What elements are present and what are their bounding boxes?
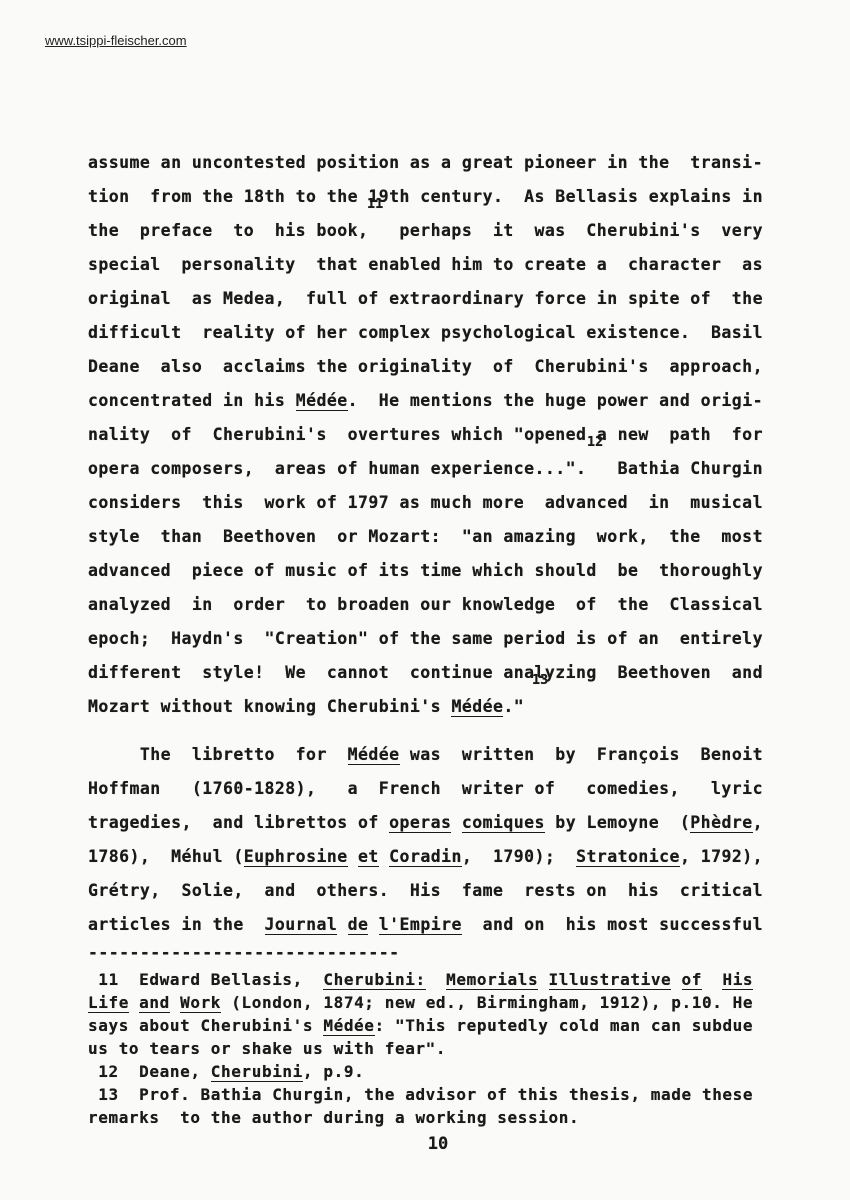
body-text: assume an uncontested position as a grea… <box>88 146 788 942</box>
text-line: Grétry, Solie, and others. His fame rest… <box>88 874 788 908</box>
underlined-title: Work <box>180 993 221 1013</box>
text-segment: : "This reputedly cold man can subdue <box>375 1016 754 1035</box>
website-link[interactable]: www.tsippi-fleischer.com <box>45 33 187 48</box>
text-line: advanced piece of music of its time whic… <box>88 554 788 588</box>
text-segment <box>348 847 358 866</box>
underlined-title: Médée <box>348 745 400 765</box>
text-segment: The libretto for <box>88 745 348 764</box>
text-line: us to tears or shake us with fear". <box>88 1037 788 1060</box>
text-segment: , 1790); <box>462 847 576 866</box>
text-line: different style! We cannot continue anal… <box>88 656 788 690</box>
text-segment: remarks to the author during a working s… <box>88 1108 579 1127</box>
text-segment: original as Medea, full of extraordinary… <box>88 289 763 308</box>
text-segment <box>538 970 548 989</box>
text-segment: and on his most successful <box>462 915 763 934</box>
underlined-title: Coradin <box>389 847 462 867</box>
text-line: assume an uncontested position as a grea… <box>88 146 788 180</box>
text-segment: the preface to his book, perhaps it was … <box>88 221 763 240</box>
page-content: assume an uncontested position as a grea… <box>88 146 788 1154</box>
text-line: analyzed in order to broaden our knowled… <box>88 588 788 622</box>
text-line: says about Cherubini's Médée: "This repu… <box>88 1014 788 1037</box>
text-segment: , p.9. <box>303 1062 364 1081</box>
footnote-ref-number: 12 <box>587 436 603 449</box>
text-segment: Deane also acclaims the originality of C… <box>88 357 763 376</box>
text-segment: . He mentions the huge power and origi- <box>348 391 763 410</box>
text-segment: 11 Edward Bellasis, <box>88 970 323 989</box>
underlined-title: de <box>348 915 369 935</box>
text-segment <box>170 993 180 1012</box>
footnotes: 11 Edward Bellasis, Cherubini: Memorials… <box>88 968 788 1129</box>
text-line: concentrated in his Médée. He mentions t… <box>88 384 788 418</box>
document-page: www.tsippi-fleischer.com assume an uncon… <box>0 0 850 1200</box>
text-segment: concentrated in his <box>88 391 296 410</box>
text-segment: , 1792), <box>680 847 763 866</box>
text-line: Hoffman (1760-1828), a French writer of … <box>88 772 788 806</box>
text-line: style than Beethoven or Mozart: "an amaz… <box>88 520 788 554</box>
text-segment: ." <box>503 697 524 716</box>
text-line: remarks to the author during a working s… <box>88 1106 788 1129</box>
underlined-title: of <box>682 970 702 990</box>
underlined-title: operas <box>389 813 451 833</box>
text-line: Life and Work (London, 1874; new ed., Bi… <box>88 991 788 1014</box>
underlined-title: Phèdre <box>690 813 752 833</box>
text-line: 1786), Méhul (Euphrosine et Coradin, 179… <box>88 840 788 874</box>
text-segment <box>702 970 722 989</box>
text-segment: tion from the 18th to the 19th century. … <box>88 187 763 206</box>
underlined-title: l'Empire <box>379 915 462 935</box>
underlined-title: Stratonice <box>576 847 680 867</box>
text-segment <box>337 915 347 934</box>
underlined-title: Illustrative <box>549 970 672 990</box>
text-segment: 1786), Méhul ( <box>88 847 244 866</box>
underlined-title: Médée <box>296 391 348 411</box>
underlined-title: Cherubini: <box>323 970 425 990</box>
text-segment <box>129 993 139 1012</box>
underlined-title: Euphrosine <box>244 847 348 867</box>
underlined-title: Médée <box>451 697 503 717</box>
text-segment: opera composers, areas of human experien… <box>88 459 763 478</box>
text-line: special personality that enabled him to … <box>88 248 788 282</box>
text-segment <box>368 915 378 934</box>
text-segment: special personality that enabled him to … <box>88 255 763 274</box>
underlined-title: Cherubini <box>211 1062 303 1082</box>
text-segment: style than Beethoven or Mozart: "an amaz… <box>88 527 763 546</box>
text-line: The libretto for Médée was written by Fr… <box>88 738 788 772</box>
underlined-title: Life <box>88 993 129 1013</box>
text-segment <box>379 847 389 866</box>
text-line: 12 Deane, Cherubini, p.9. <box>88 1060 788 1083</box>
text-line: tragedies, and librettos of operas comiq… <box>88 806 788 840</box>
text-segment: nality of Cherubini's overtures which "o… <box>88 425 763 444</box>
text-line: Deane also acclaims the originality of C… <box>88 350 788 384</box>
text-segment: 12 Deane, <box>88 1062 211 1081</box>
text-segment: articles in the <box>88 915 265 934</box>
text-line: opera composers, areas of human experien… <box>88 452 788 486</box>
text-line: tion from the 18th to the 19th century. … <box>88 180 788 214</box>
underlined-title: and <box>139 993 170 1013</box>
underlined-title: et <box>358 847 379 867</box>
text-line: the preface to his book, perhaps it was … <box>88 214 788 248</box>
text-line: considers this work of 1797 as much more… <box>88 486 788 520</box>
text-line: 11 Edward Bellasis, Cherubini: Memorials… <box>88 968 788 991</box>
page-number: 10 <box>88 1134 788 1154</box>
text-segment: 13 Prof. Bathia Churgin, the advisor of … <box>88 1085 753 1104</box>
text-line: nality of Cherubini's overtures which "o… <box>88 418 788 452</box>
text-segment: (London, 1874; new ed., Birmingham, 1912… <box>221 993 753 1012</box>
text-line: difficult reality of her complex psychol… <box>88 316 788 350</box>
text-segment: considers this work of 1797 as much more… <box>88 493 763 512</box>
text-segment: by Lemoyne ( <box>545 813 690 832</box>
text-segment <box>671 970 681 989</box>
text-segment: , <box>753 813 763 832</box>
text-segment: Hoffman (1760-1828), a French writer of … <box>88 779 763 798</box>
text-line: 13 Prof. Bathia Churgin, the advisor of … <box>88 1083 788 1106</box>
underlined-title: comiques <box>462 813 545 833</box>
text-segment: analyzed in order to broaden our knowled… <box>88 595 763 614</box>
footnote-ref-number: 13 <box>532 674 548 687</box>
text-segment: advanced piece of music of its time whic… <box>88 561 763 580</box>
text-segment: Mozart without knowing Cherubini's <box>88 697 451 716</box>
text-line: original as Medea, full of extraordinary… <box>88 282 788 316</box>
text-segment: tragedies, and librettos of <box>88 813 389 832</box>
text-segment: us to tears or shake us with fear". <box>88 1039 446 1058</box>
text-segment <box>426 970 446 989</box>
text-segment: assume an uncontested position as a grea… <box>88 153 763 172</box>
text-segment: says about Cherubini's <box>88 1016 323 1035</box>
text-line: epoch; Haydn's "Creation" of the same pe… <box>88 622 788 656</box>
underlined-title: His <box>722 970 753 990</box>
footnote-separator: ------------------------------ <box>88 944 788 962</box>
text-segment <box>451 813 461 832</box>
text-line: Mozart without knowing Cherubini's Médée… <box>88 690 788 724</box>
underlined-title: Memorials <box>446 970 538 990</box>
underlined-title: Médée <box>323 1016 374 1036</box>
footnote-ref-number: 11 <box>367 198 383 211</box>
text-segment: difficult reality of her complex psychol… <box>88 323 763 342</box>
text-segment: epoch; Haydn's "Creation" of the same pe… <box>88 629 763 648</box>
underlined-title: Journal <box>265 915 338 935</box>
text-segment: Grétry, Solie, and others. His fame rest… <box>88 881 763 900</box>
text-segment: was written by François Benoit <box>400 745 763 764</box>
text-segment: different style! We cannot continue anal… <box>88 663 763 682</box>
text-line: articles in the Journal de l'Empire and … <box>88 908 788 942</box>
